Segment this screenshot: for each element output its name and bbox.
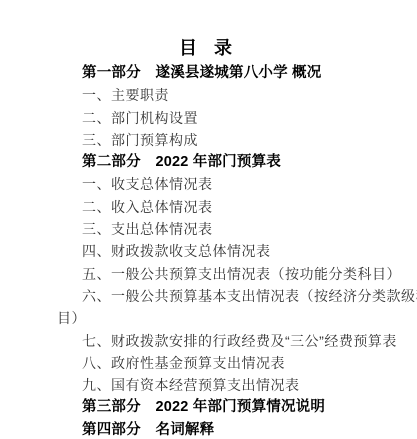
toc-item-govt-fund-budget: 八、政府性基金预算支出情况表 bbox=[57, 352, 367, 374]
toc-item-public-budget-basic-expenditure: 六、一般公共预算基本支出情况表（按经济分类款级科 bbox=[57, 285, 367, 307]
toc-item-fiscal-appropriation-overall: 四、财政拨款收支总体情况表 bbox=[57, 240, 367, 262]
toc-item-state-capital-budget: 九、国有资本经营预算支出情况表 bbox=[57, 374, 367, 396]
toc-item-org-structure: 二、部门机构设置 bbox=[57, 107, 367, 129]
toc-item-revenue-expenditure-overall: 一、收支总体情况表 bbox=[57, 173, 367, 195]
toc-heading-part2: 第二部分 2022 年部门预算表 bbox=[57, 151, 367, 173]
toc-heading-part1: 第一部分 遂溪县遂城第八小学 概况 bbox=[57, 62, 367, 84]
toc-heading-part4: 第四部分 名词解释 bbox=[57, 419, 367, 439]
toc-item-public-budget-basic-expenditure-wrap: 目） bbox=[57, 307, 367, 329]
toc-item-revenue-overall: 二、收入总体情况表 bbox=[57, 196, 367, 218]
toc-item-budget-composition: 三、部门预算构成 bbox=[57, 129, 367, 151]
toc-item-admin-funds-three-public: 七、财政拨款安排的行政经费及“三公”经费预算表 bbox=[57, 330, 367, 352]
toc-item-main-duties: 一、主要职责 bbox=[57, 84, 367, 106]
page-title: 目 录 bbox=[50, 36, 367, 60]
toc-heading-part3: 第三部分 2022 年部门预算情况说明 bbox=[57, 396, 367, 418]
toc-item-expenditure-overall: 三、支出总体情况表 bbox=[57, 218, 367, 240]
document-page: 目 录 第一部分 遂溪县遂城第八小学 概况 一、主要职责 二、部门机构设置 三、… bbox=[0, 0, 417, 439]
toc-item-public-budget-expenditure: 五、一般公共预算支出情况表（按功能分类科目） bbox=[57, 263, 367, 285]
